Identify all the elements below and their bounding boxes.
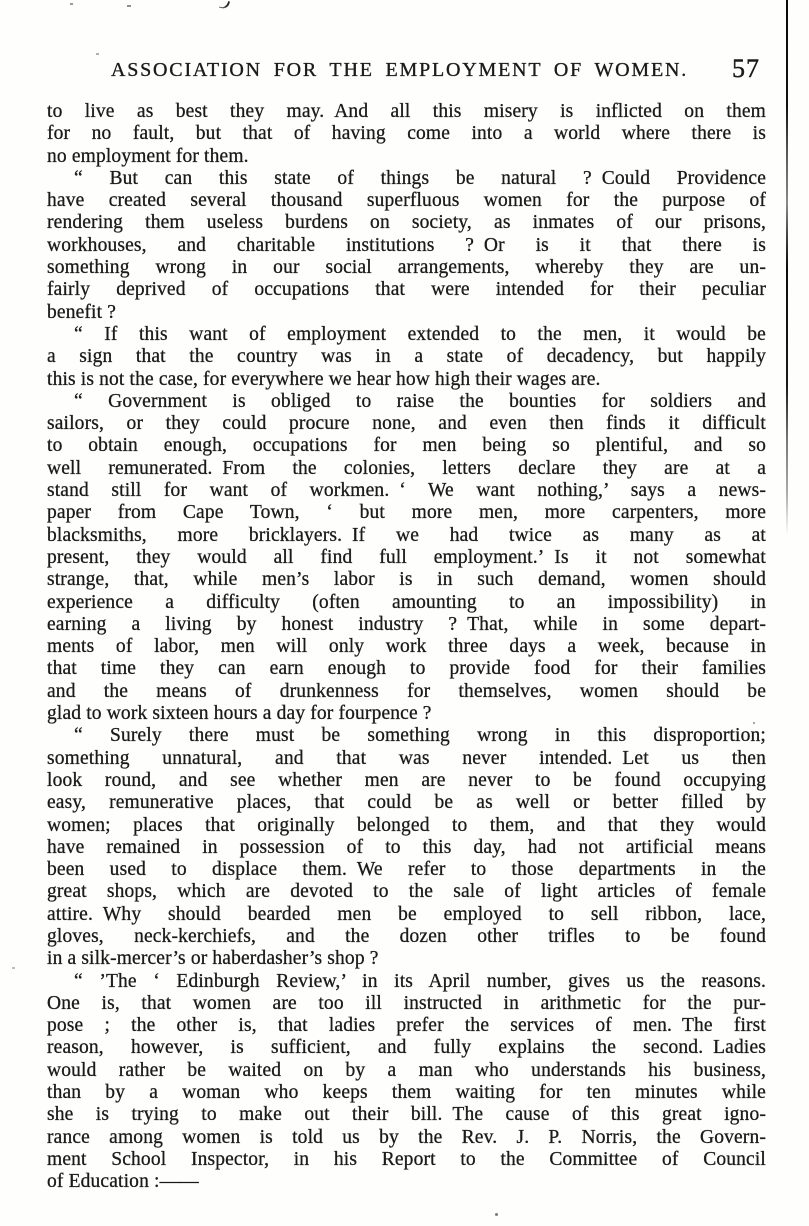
text-line: “ Government is obliged to raise the bou… [47, 391, 766, 413]
ink-speck [70, 3, 73, 5]
text-line: rance among women is told us by the Rev.… [47, 1127, 766, 1149]
text-line: been used to displace them. We refer to … [47, 859, 766, 881]
text-line: of Education :—— [47, 1171, 766, 1193]
text-line: stand still for want of workmen. ‘ We wa… [47, 480, 766, 502]
text-line: no employment for them. [47, 146, 766, 168]
text-line: to live as best they may. And all this m… [47, 101, 766, 123]
text-line: great shops, which are devoted to the sa… [47, 881, 766, 903]
scan-artifact-line [786, 0, 788, 535]
page-number: 57 [732, 54, 760, 84]
text-line: rendering them useless burdens on societ… [47, 212, 766, 234]
text-line: pose ; the other is, that ladies prefer … [47, 1015, 766, 1037]
text-line: “ Surely there must be something wrong i… [47, 725, 766, 747]
text-line: “ If this want of employment extended to… [47, 324, 766, 346]
running-header: ASSOCIATION FOR THE EMPLOYMENT OF WOMEN.… [47, 50, 766, 82]
page-body: to live as best they may. And all this m… [47, 101, 766, 1194]
text-line: this is not the case, for everywhere we … [47, 369, 766, 391]
text-line: women; places that originally belonged t… [47, 815, 766, 837]
text-line: “ But can this state of things be natura… [47, 168, 766, 190]
text-line: “ ’The ‘ Edinburgh Review,’ in its April… [47, 971, 766, 993]
scanned-book-page: ASSOCIATION FOR THE EMPLOYMENT OF WOMEN.… [0, 0, 809, 1226]
text-line: well remunerated. From the colonies, let… [47, 458, 766, 480]
text-line: she is trying to make out their bill. Th… [47, 1104, 766, 1126]
text-line: for no fault, but that of having come in… [47, 123, 766, 145]
ink-speck [495, 1213, 498, 1216]
text-line: sailors, or they could procure none, and… [47, 413, 766, 435]
page-title: ASSOCIATION FOR THE EMPLOYMENT OF WOMEN. [33, 59, 766, 82]
text-line: that time they can earn enough to provid… [47, 658, 766, 680]
text-line: earning a living by honest industry ? Th… [47, 614, 766, 636]
text-line: present, they would all find full employ… [47, 547, 766, 569]
text-line: look round, and see whether men are neve… [47, 770, 766, 792]
text-line: paper from Cape Town, ‘ but more men, mo… [47, 502, 766, 524]
text-line: benefit ? [47, 302, 766, 324]
text-line: glad to work sixteen hours a day for fou… [47, 703, 766, 725]
text-line: a sign that the country was in a state o… [47, 346, 766, 368]
text-line: ments of labor, men will only work three… [47, 636, 766, 658]
text-line: than by a woman who keeps them waiting f… [47, 1082, 766, 1104]
text-line: strange, that, while men’s labor is in s… [47, 569, 766, 591]
text-line: easy, remunerative places, that could be… [47, 792, 766, 814]
text-line: in a silk-mercer’s or haberdasher’s shop… [47, 948, 766, 970]
text-line: have created several thousand superfluou… [47, 190, 766, 212]
text-line: to obtain enough, occupations for men be… [47, 435, 766, 457]
text-line: experience a difficulty (often amounting… [47, 592, 766, 614]
ink-speck [96, 53, 99, 55]
text-line: blacksmiths, more bricklayers. If we had… [47, 525, 766, 547]
text-line: and the means of drunkenness for themsel… [47, 681, 766, 703]
text-line: workhouses, and charitable institutions … [47, 235, 766, 257]
text-line: reason, however, is sufficient, and full… [47, 1037, 766, 1059]
text-line: One is, that women are too ill instructe… [47, 993, 766, 1015]
text-line: would rather be waited on by a man who u… [47, 1060, 766, 1082]
text-line: ment School Inspector, in his Report to … [47, 1149, 766, 1171]
text-line: gloves, neck-kerchiefs, and the dozen ot… [47, 926, 766, 948]
ink-speck [219, 0, 230, 10]
text-line: something wrong in our social arrangemen… [47, 257, 766, 279]
text-line: fairly deprived of occupations that were… [47, 279, 766, 301]
ink-speck [12, 967, 15, 969]
text-line: something unnatural, and that was never … [47, 748, 766, 770]
ink-speck [127, 5, 131, 7]
text-line: attire. Why should bearded men be employ… [47, 904, 766, 926]
ink-speck [753, 722, 755, 724]
text-line: have remained in possession of to this d… [47, 837, 766, 859]
